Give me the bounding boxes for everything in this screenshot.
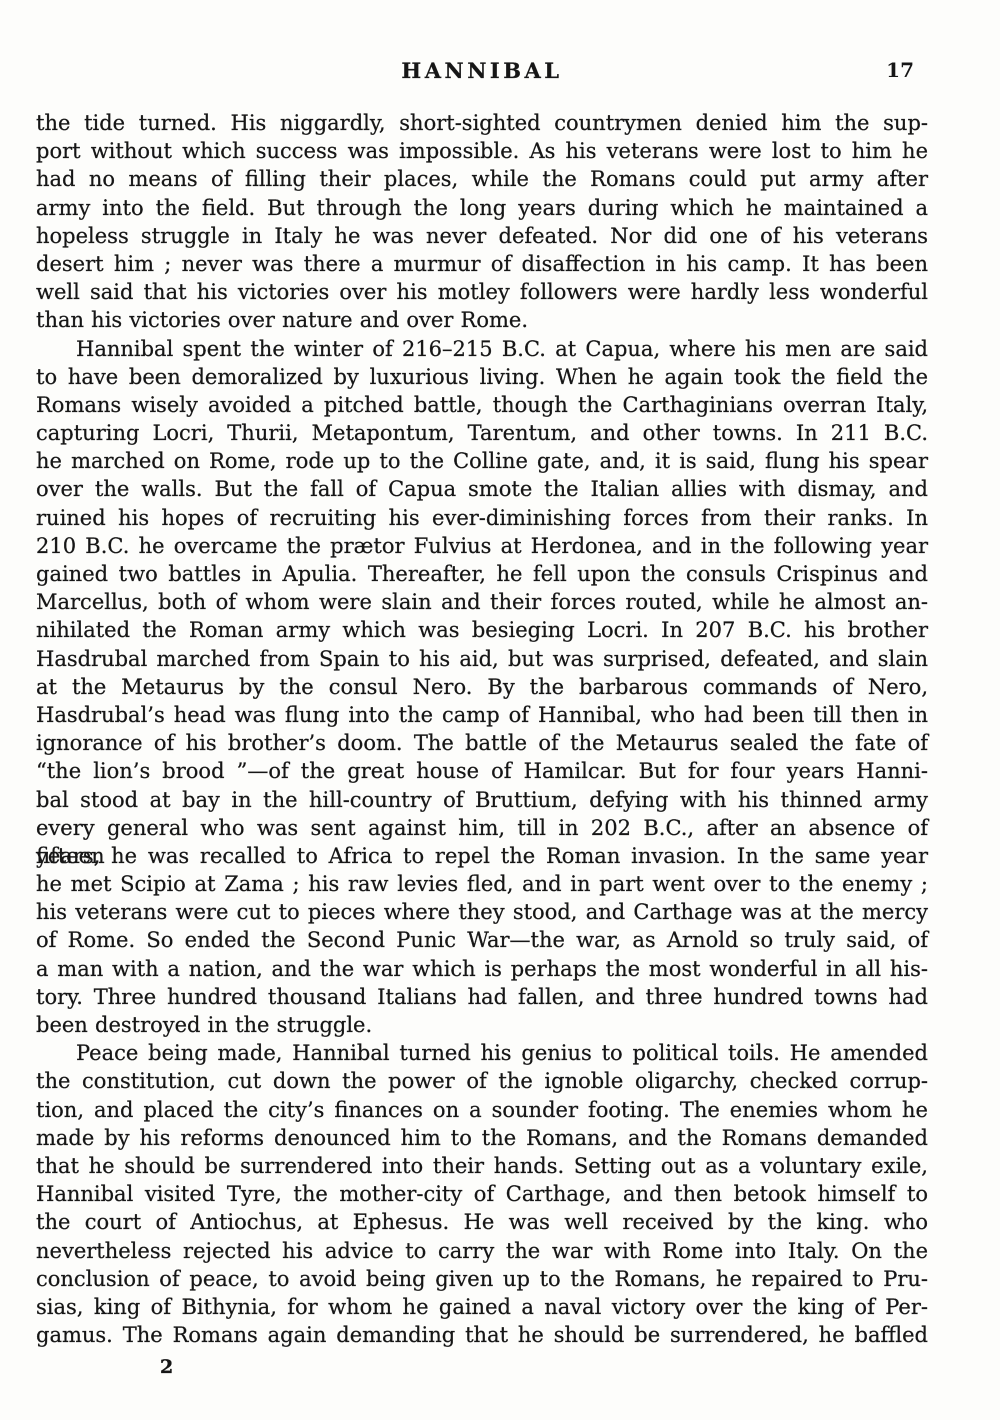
text-line: the court of Antiochus, at Ephesus. He w… bbox=[36, 1208, 928, 1236]
running-header-title: HANNIBAL bbox=[36, 58, 928, 83]
text-line: than his victories over nature and over … bbox=[36, 306, 928, 334]
text-line: sias, king of Bithynia, for whom he gain… bbox=[36, 1293, 928, 1321]
text-line: been destroyed in the struggle. bbox=[36, 1011, 928, 1039]
text-line: the constitution, cut down the power of … bbox=[36, 1067, 928, 1095]
text-line: Hannibal spent the winter of 216–215 B.C… bbox=[36, 335, 928, 363]
text-line: desert him ; never was there a murmur of… bbox=[36, 250, 928, 278]
text-line: ruined his hopes of recruiting his ever-… bbox=[36, 504, 928, 532]
text-line: the tide turned. His niggardly, short-si… bbox=[36, 109, 928, 137]
text-line: nevertheless rejected his advice to carr… bbox=[36, 1237, 928, 1265]
text-line: gamus. The Romans again demanding that h… bbox=[36, 1321, 928, 1349]
text-line: over the walls. But the fall of Capua sm… bbox=[36, 475, 928, 503]
text-line: tion, and placed the city’s finances on … bbox=[36, 1096, 928, 1124]
text-line: ignorance of his brother’s doom. The bat… bbox=[36, 729, 928, 757]
running-header: HANNIBAL 17 bbox=[36, 58, 928, 88]
text-line: Peace being made, Hannibal turned his ge… bbox=[36, 1039, 928, 1067]
text-line: “the lion’s brood ”—of the great house o… bbox=[36, 757, 928, 785]
text-line: Hasdrubal marched from Spain to his aid,… bbox=[36, 645, 928, 673]
text-block: the tide turned. His niggardly, short-si… bbox=[36, 109, 928, 1349]
text-line: a man with a nation, and the war which i… bbox=[36, 955, 928, 983]
text-line: bal stood at bay in the hill-country of … bbox=[36, 786, 928, 814]
text-line: Hasdrubal’s head was flung into the camp… bbox=[36, 701, 928, 729]
text-line: army into the field. But through the lon… bbox=[36, 194, 928, 222]
text-line: at the Metaurus by the consul Nero. By t… bbox=[36, 673, 928, 701]
text-line: conclusion of peace, to avoid being give… bbox=[36, 1265, 928, 1293]
text-line: hopeless struggle in Italy he was never … bbox=[36, 222, 928, 250]
text-line: Romans wisely avoided a pitched battle, … bbox=[36, 391, 928, 419]
text-line: capturing Locri, Thurii, Metapontum, Tar… bbox=[36, 419, 928, 447]
text-line: port without which success was impossibl… bbox=[36, 137, 928, 165]
scanned-book-page: HANNIBAL 17 the tide turned. His niggard… bbox=[0, 0, 1000, 1420]
page-number: 17 bbox=[886, 58, 914, 82]
text-line: well said that his victories over his mo… bbox=[36, 278, 928, 306]
text-line: to have been demoralized by luxurious li… bbox=[36, 363, 928, 391]
text-line: he marched on Rome, rode up to the Colli… bbox=[36, 447, 928, 475]
text-line: his veterans were cut to pieces where th… bbox=[36, 898, 928, 926]
text-line: gained two battles in Apulia. Thereafter… bbox=[36, 560, 928, 588]
text-line: tory. Three hundred thousand Italians ha… bbox=[36, 983, 928, 1011]
text-line: Hannibal visited Tyre, the mother-city o… bbox=[36, 1180, 928, 1208]
text-line: Marcellus, both of whom were slain and t… bbox=[36, 588, 928, 616]
text-line: of Rome. So ended the Second Punic War—t… bbox=[36, 926, 928, 954]
text-line: that he should be surrendered into their… bbox=[36, 1152, 928, 1180]
text-line: years, he was recalled to Africa to repe… bbox=[36, 842, 928, 870]
text-line: had no means of filling their places, wh… bbox=[36, 165, 928, 193]
text-line: every general who was sent against him, … bbox=[36, 814, 928, 842]
signature-mark: 2 bbox=[160, 1356, 173, 1378]
text-line: 210 B.C. he overcame the prætor Fulvius … bbox=[36, 532, 928, 560]
text-line: nihilated the Roman army which was besie… bbox=[36, 616, 928, 644]
text-line: made by his reforms denounced him to the… bbox=[36, 1124, 928, 1152]
text-line: he met Scipio at Zama ; his raw levies f… bbox=[36, 870, 928, 898]
